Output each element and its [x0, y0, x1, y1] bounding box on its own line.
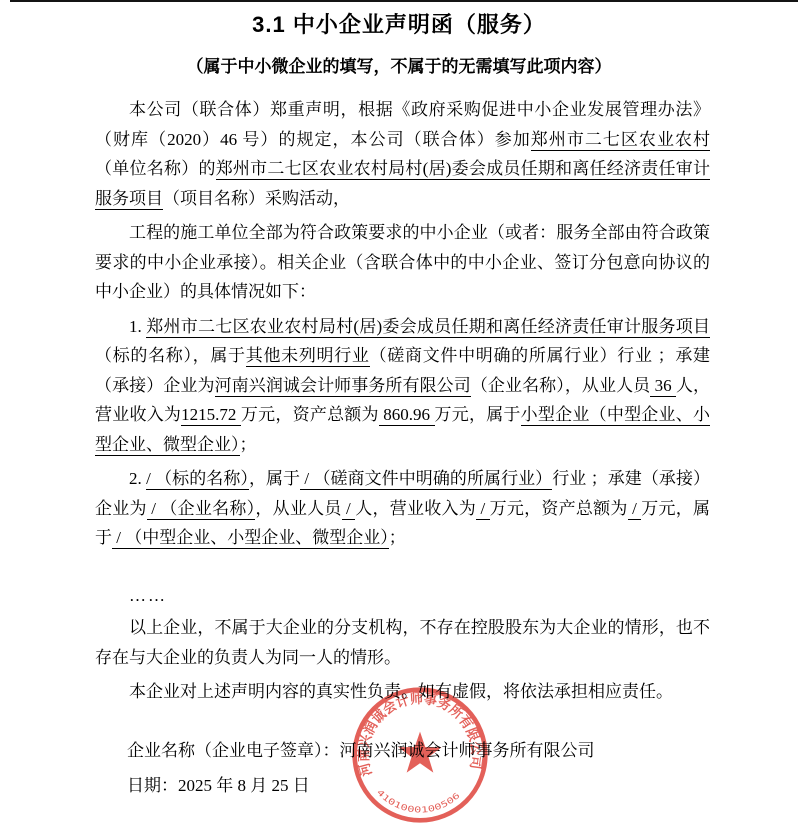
company-signature-line: 企业名称（企业电子签章）：河南兴润诚会计师事务所有限公司 — [127, 733, 595, 768]
text-run: 万元，资产总额为 — [241, 405, 379, 424]
paragraph-responsibility: 本企业对上述声明内容的真实性负责。如有虚假，将依法承担相应责任。 — [95, 677, 710, 707]
company-signature-label: 企业名称（企业电子签章）： — [127, 741, 340, 760]
paragraph-policy: 工程的施工单位全部为符合政策要求的中小企业（或者：服务全部由符合政策要求的中小企… — [95, 218, 710, 307]
text-run: 万元，属于 — [435, 405, 521, 424]
document-body: 本公司（联合体）郑重声明，根据《政府采购促进中小企业发展管理办法》（财库（202… — [0, 95, 798, 707]
paragraph-item-1: 1. 郑州市二七区农业农村局村(居)委会成员任期和离任经济责任审计服务项目（标的… — [95, 312, 710, 460]
blank-company-name-2: / （企业名称） — [147, 499, 256, 520]
paragraph-item-2: 2. / （标的名称），属于 / （磋商文件中明确的所属行业）行业 ；承建（承接… — [95, 464, 710, 553]
paragraph-no-large-enterprise: 以上企业，不属于大企业的分支机构，不存在控股股东为大企业的情形，也不存在与大企业… — [95, 613, 710, 672]
text-run: （标的名称），属于 — [95, 346, 246, 365]
paragraph-ellipsis: …… — [95, 581, 710, 611]
date-value: 2025 年 8 月 25 日 — [178, 776, 310, 795]
blank-company-name-1: 河南兴润诚会计师事务所有限公司 — [215, 376, 471, 397]
text-run: 万元，资产总额为 — [490, 499, 628, 518]
blank-employees-2: / — [342, 499, 356, 520]
blank-employees-1: 36 — [650, 376, 676, 397]
blank-revenue-2: / — [476, 499, 490, 520]
document-page: 3.1 中小企业声明函（服务） （属于中小微企业的填写，不属于的无需填写此项内容… — [0, 0, 798, 827]
blank-assets-1: 860.96 — [379, 405, 435, 426]
paragraph-declaration: 本公司（联合体）郑重声明，根据《政府采购促进中小企业发展管理办法》（财库（202… — [95, 95, 710, 213]
text-run: 人，营业收入为 — [355, 499, 476, 518]
blank-subject-name-1: 郑州市二七区农业农村局村(居)委会成员任期和离任经济责任审计服务项目 — [146, 317, 710, 338]
date-label: 日期： — [127, 776, 178, 795]
blank-subject-name-2: / （标的名称） — [146, 469, 249, 490]
company-signature-value: 河南兴润诚会计师事务所有限公司 — [340, 741, 595, 760]
text-run: 1. — [129, 317, 146, 336]
signature-block: 企业名称（企业电子签章）：河南兴润诚会计师事务所有限公司 日期：2025 年 8… — [127, 733, 595, 803]
blank-purchaser-name: 郑州市二七区农业农村 — [531, 130, 710, 151]
blank-enterprise-type-2: / （中型企业、小型企业、微型企业） — [112, 528, 389, 549]
date-line: 日期：2025 年 8 月 25 日 — [127, 768, 595, 803]
text-run: （企业名称），从业人员 — [471, 376, 650, 395]
document-subtitle: （属于中小微企业的填写，不属于的无需填写此项内容） — [0, 54, 798, 80]
blank-assets-2: / — [628, 499, 642, 520]
text-run: （项目名称）采购活动， — [163, 189, 350, 208]
blank-industry-1: 其他未列明行业 — [246, 346, 370, 367]
text-run: 2. — [129, 469, 146, 488]
text-run: （单位名称）的 — [95, 159, 216, 178]
document-title: 3.1 中小企业声明函（服务） — [0, 10, 798, 40]
text-run: ，从业人员 — [255, 499, 341, 518]
text-run: ； — [389, 528, 406, 547]
top-border-line — [10, 0, 798, 2]
blank-revenue-1: 1215.72 — [181, 405, 241, 426]
text-run: ，属于 — [249, 469, 300, 488]
text-run: ； — [240, 435, 257, 454]
blank-industry-2: / （磋商文件中明确的所属行业） — [300, 469, 552, 490]
